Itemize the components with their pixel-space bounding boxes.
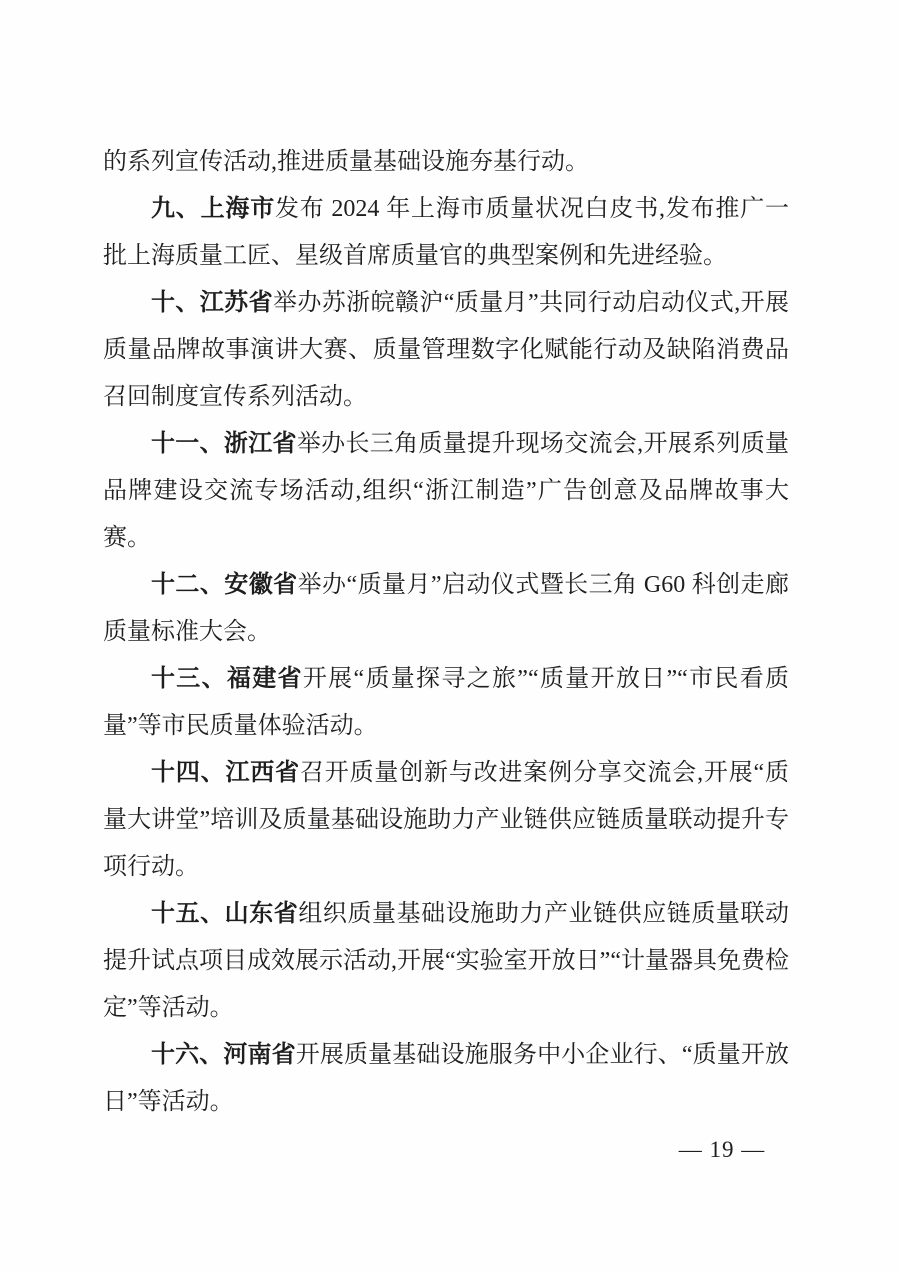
- paragraph-item-15-shandong: 十五、山东省组织质量基础设施助力产业链供应链质量联动提升试点项目成效展示活动,开…: [103, 891, 789, 1032]
- item-number-lead: 十五、山东省: [151, 901, 298, 927]
- paragraph-item-12-anhui: 十二、安徽省举办“质量月”启动仪式暨长三角 G60 科创走廊质量标准大会。: [103, 562, 789, 656]
- page-number: — 19 —: [672, 1134, 772, 1166]
- item-number-lead: 十二、安徽省: [151, 572, 298, 598]
- item-number-lead: 十四、江西省: [151, 760, 300, 786]
- paragraph-continuation: 的系列宣传活动,推进质量基础设施夯基行动。: [103, 139, 789, 186]
- paragraph-text: 的系列宣传活动,推进质量基础设施夯基行动。: [103, 149, 589, 175]
- item-number-lead: 十三、福建省: [151, 666, 303, 692]
- item-number-lead: 十、江苏省: [151, 290, 273, 316]
- paragraph-item-14-jiangxi: 十四、江西省召开质量创新与改进案例分享交流会,开展“质量大讲堂”培训及质量基础设…: [103, 750, 789, 891]
- paragraph-item-9-shanghai: 九、上海市发布 2024 年上海市质量状况白皮书,发布推广一批上海质量工匠、星级…: [103, 186, 789, 280]
- document-page: 的系列宣传活动,推进质量基础设施夯基行动。 九、上海市发布 2024 年上海市质…: [0, 0, 900, 1273]
- paragraph-item-13-fujian: 十三、福建省开展“质量探寻之旅”“质量开放日”“市民看质量”等市民质量体验活动。: [103, 656, 789, 750]
- item-number-lead: 十一、浙江省: [151, 431, 297, 457]
- paragraph-item-16-henan: 十六、河南省开展质量基础设施服务中小企业行、“质量开放日”等活动。: [103, 1032, 789, 1126]
- paragraph-item-11-zhejiang: 十一、浙江省举办长三角质量提升现场交流会,开展系列质量品牌建设交流专场活动,组织…: [103, 421, 789, 562]
- item-number-lead: 十六、河南省: [151, 1042, 296, 1068]
- body-text-block: 的系列宣传活动,推进质量基础设施夯基行动。 九、上海市发布 2024 年上海市质…: [103, 139, 789, 1126]
- item-number-lead: 九、上海市: [151, 196, 275, 222]
- paragraph-item-10-jiangsu: 十、江苏省举办苏浙皖赣沪“质量月”共同行动启动仪式,开展质量品牌故事演讲大赛、质…: [103, 280, 789, 421]
